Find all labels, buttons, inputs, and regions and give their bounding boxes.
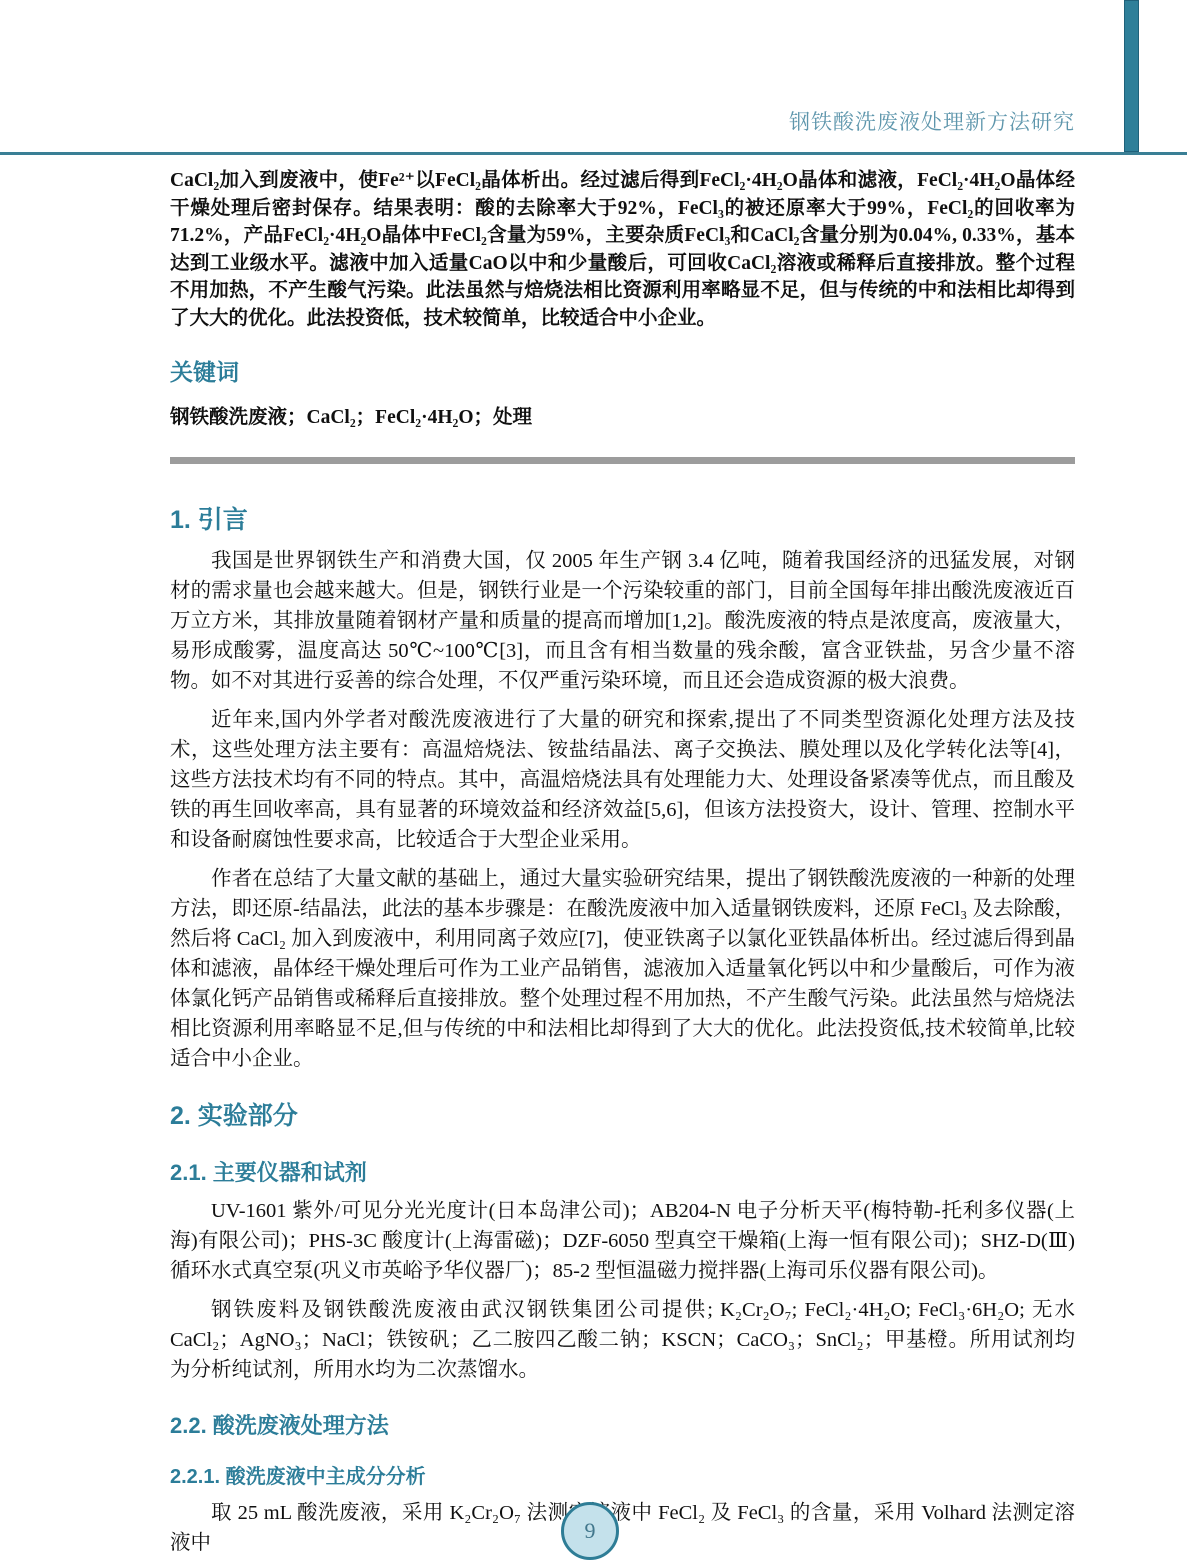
intro-paragraph-2: 近年来,国内外学者对酸洗废液进行了大量的研究和探索,提出了不同类型资源化处理方法…	[170, 705, 1075, 855]
reagents-paragraph: 钢铁废料及钢铁酸洗废液由武汉钢铁集团公司提供; K₂Cr₂O₇; FeCl₂·4…	[170, 1295, 1075, 1385]
keywords-heading: 关键词	[170, 354, 1075, 387]
keywords-text: 钢铁酸洗废液；CaCl₂；FeCl₂·4H₂O；处理	[170, 401, 1075, 429]
section-2-1-heading: 2.1. 主要仪器和试剂	[170, 1156, 1075, 1187]
page-number: 9	[585, 1518, 596, 1544]
paper-page: 钢铁酸洗废液处理新方法研究 CaCl₂加入到废液中，使Fe²⁺以FeCl₂晶体析…	[0, 0, 1187, 1563]
page-body: CaCl₂加入到废液中，使Fe²⁺以FeCl₂晶体析出。经过滤后得到FeCl₂·…	[170, 155, 1075, 1558]
page-number-badge: 9	[561, 1502, 619, 1560]
running-title: 钢铁酸洗废液处理新方法研究	[789, 106, 1075, 136]
intro-paragraph-3: 作者在总结了大量文献的基础上，通过大量实验研究结果，提出了钢铁酸洗废液的一种新的…	[170, 864, 1075, 1074]
abstract-text: CaCl₂加入到废液中，使Fe²⁺以FeCl₂晶体析出。经过滤后得到FeCl₂·…	[170, 167, 1075, 332]
divider-bar	[170, 457, 1075, 464]
intro-paragraph-1: 我国是世界钢铁生产和消费大国，仅 2005 年生产钢 3.4 亿吨，随着我国经济…	[170, 546, 1075, 696]
analysis-paragraph: 取 25 mL 酸洗废液，采用 K₂Cr₂O₇ 法测定溶液中 FeCl₂ 及 F…	[170, 1498, 1075, 1558]
section-2-2-heading: 2.2. 酸洗废液处理方法	[170, 1409, 1075, 1440]
section-2-heading: 2. 实验部分	[170, 1096, 1075, 1132]
instruments-paragraph: UV-1601 紫外/可见分光光度计(日本岛津公司)；AB204-N 电子分析天…	[170, 1196, 1075, 1286]
section-2-2-1-heading: 2.2.1. 酸洗废液中主成分分析	[170, 1460, 1075, 1489]
section-1-heading: 1. 引言	[170, 500, 1075, 536]
header-accent-bar	[1124, 0, 1139, 152]
